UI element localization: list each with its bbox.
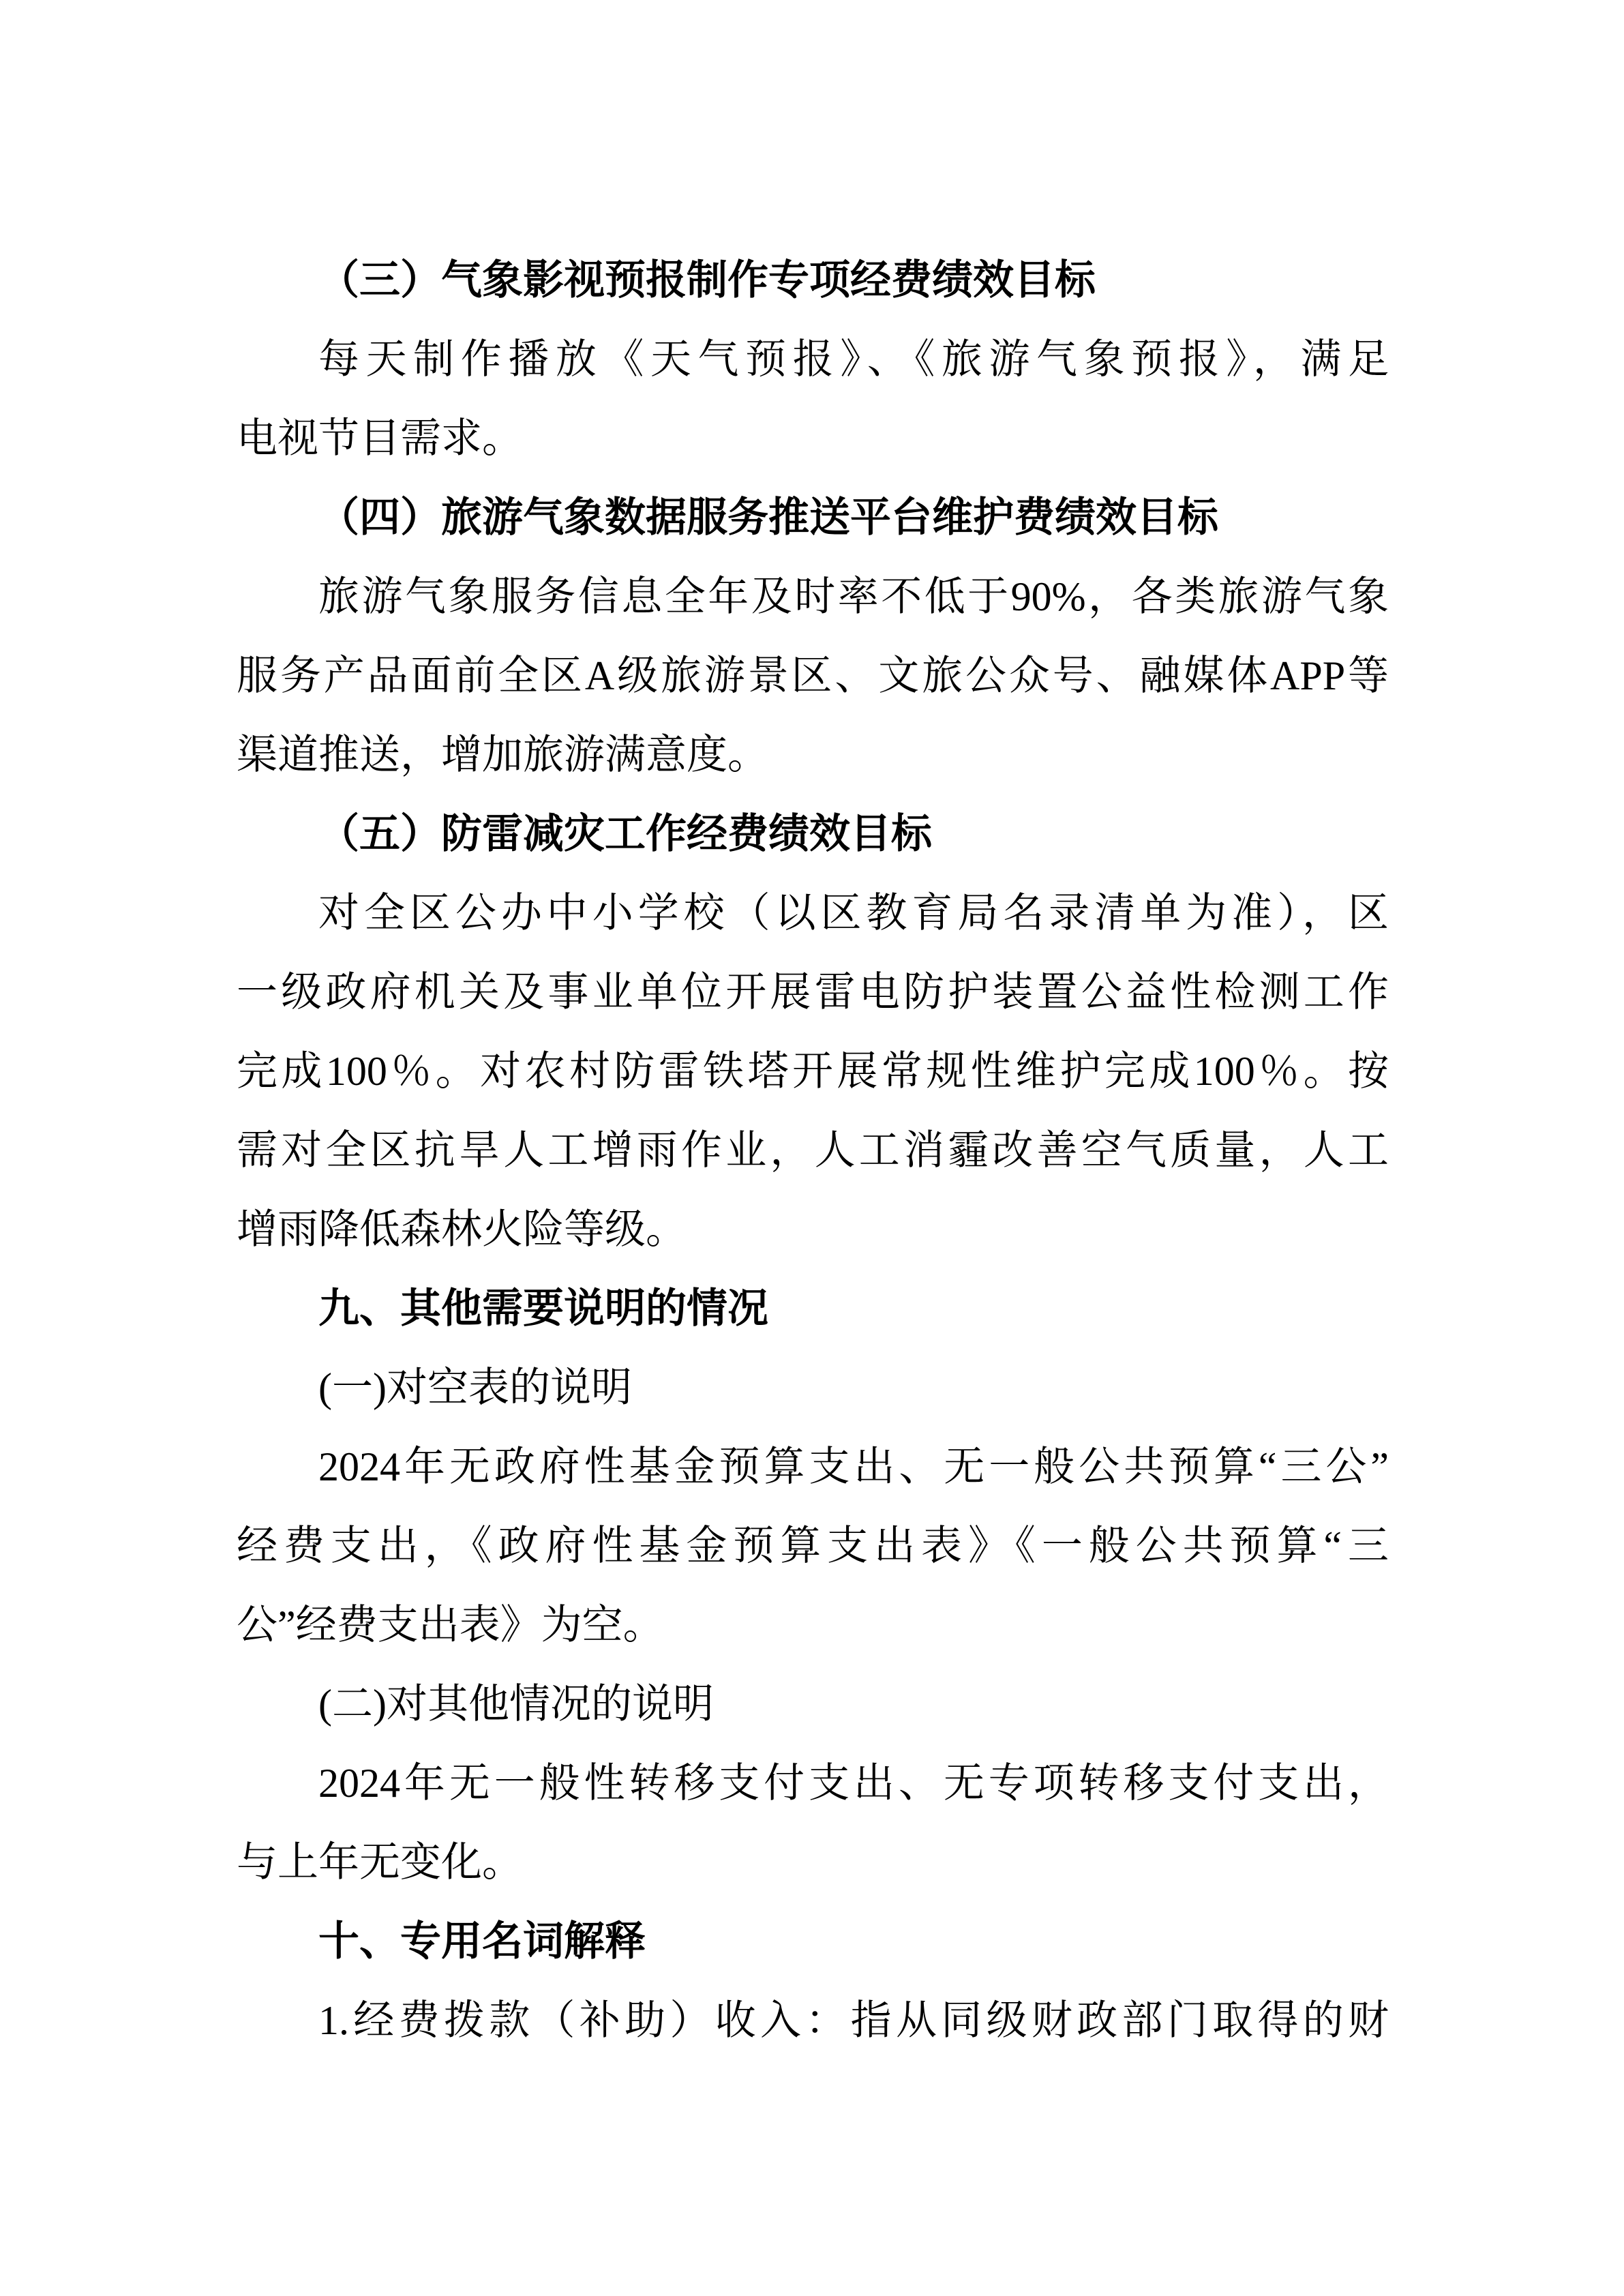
- text-line-21: 与上年无变化。: [237, 1823, 1389, 1902]
- text-line-2: 每天制作播放《天气预报》、《旅游气象预报》，满足: [237, 320, 1389, 399]
- text-line-12: 需对全区抗旱人工增雨作业，人工消霾改善空气质量，人工: [237, 1111, 1389, 1190]
- text-line-17: 经费支出，《政府性基金预算支出表》《一般公共预算“三: [237, 1506, 1389, 1585]
- text-line-14: 九、其他需要说明的情况: [237, 1269, 1389, 1348]
- text-line-1: （三）气象影视预报制作专项经费绩效目标: [237, 241, 1389, 320]
- text-line-15: (一)对空表的说明: [237, 1348, 1389, 1427]
- text-line-3: 电视节目需求。: [237, 399, 1389, 478]
- text-line-18: 公”经费支出表》为空。: [237, 1585, 1389, 1665]
- text-line-5: 旅游气象服务信息全年及时率不低于90%，各类旅游气象: [237, 557, 1389, 636]
- text-line-10: 一级政府机关及事业单位开展雷电防护装置公益性检测工作: [237, 953, 1389, 1032]
- text-line-4: （四）旅游气象数据服务推送平台维护费绩效目标: [237, 478, 1389, 557]
- document-body: （三）气象影视预报制作专项经费绩效目标每天制作播放《天气预报》、《旅游气象预报》…: [237, 241, 1389, 2060]
- text-line-19: (二)对其他情况的说明: [237, 1665, 1389, 1744]
- text-line-11: 完成100％。对农村防雷铁塔开展常规性维护完成100％。按: [237, 1032, 1389, 1111]
- text-line-6: 服务产品面前全区A级旅游景区、文旅公众号、融媒体APP等: [237, 636, 1389, 715]
- text-line-20: 2024年无一般性转移支付支出、无专项转移支付支出，: [237, 1744, 1389, 1823]
- text-line-13: 增雨降低森林火险等级。: [237, 1190, 1389, 1269]
- text-line-8: （五）防雷减灾工作经费绩效目标: [237, 794, 1389, 874]
- text-line-7: 渠道推送，增加旅游满意度。: [237, 715, 1389, 794]
- text-line-9: 对全区公办中小学校（以区教育局名录清单为准），区: [237, 874, 1389, 953]
- text-line-22: 十、专用名词解释: [237, 1902, 1389, 1981]
- text-line-16: 2024年无政府性基金预算支出、无一般公共预算“三公”: [237, 1427, 1389, 1506]
- document-page: （三）气象影视预报制作专项经费绩效目标每天制作播放《天气预报》、《旅游气象预报》…: [0, 0, 1624, 2296]
- text-line-23: 1.经费拨款（补助）收入：指从同级财政部门取得的财: [237, 1981, 1389, 2060]
